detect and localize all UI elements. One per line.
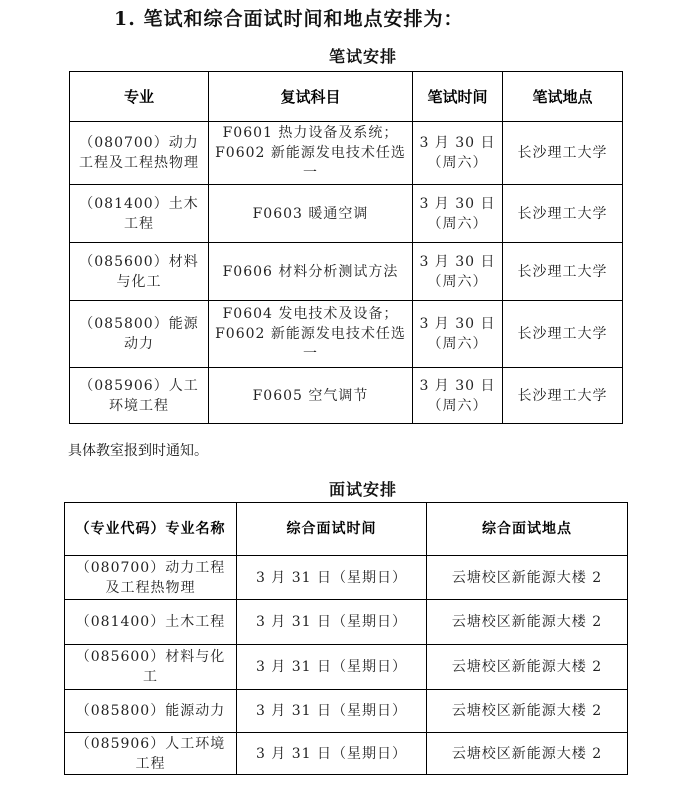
cell-place: 云塘校区新能源大楼 2 xyxy=(427,600,628,645)
header-place: 综合面试地点 xyxy=(427,503,628,556)
cell-major: （085906）人工环境工程 xyxy=(70,368,209,424)
cell-major: （081400）土木工程 xyxy=(70,185,209,243)
cell-time: 3 月 31 日（星期日） xyxy=(237,690,427,733)
header-major: 专业 xyxy=(70,72,209,122)
header-time: 综合面试时间 xyxy=(237,503,427,556)
cell-subject: F0604 发电技术及设备；F0602 新能源发电技术任选一 xyxy=(209,301,413,368)
table-row: （085800）能源动力 3 月 31 日（星期日） 云塘校区新能源大楼 2 xyxy=(65,690,628,733)
table-row: （085906）人工环境工程 F0605 空气调节 3 月 30 日（周六） 长… xyxy=(70,368,623,424)
cell-place: 长沙理工大学 xyxy=(503,243,623,301)
cell-major: （085600）材料与化工 xyxy=(70,243,209,301)
header-subject: 复试科目 xyxy=(209,72,413,122)
table-header-row: （专业代码）专业名称 综合面试时间 综合面试地点 xyxy=(65,503,628,556)
table-row: （081400）土木工程 F0603 暖通空调 3 月 30 日（周六） 长沙理… xyxy=(70,185,623,243)
header-place: 笔试地点 xyxy=(503,72,623,122)
table-row: （085600）材料与化工 F0606 材料分析测试方法 3 月 30 日（周六… xyxy=(70,243,623,301)
cell-time: 3 月 30 日（周六） xyxy=(413,185,503,243)
cell-place: 云塘校区新能源大楼 2 xyxy=(427,645,628,690)
cell-place: 长沙理工大学 xyxy=(503,301,623,368)
cell-major: （085906）人工环境工程 xyxy=(65,733,237,775)
cell-time: 3 月 30 日（周六） xyxy=(413,243,503,301)
cell-time: 3 月 30 日（周六） xyxy=(413,368,503,424)
interview-caption: 面试安排 xyxy=(329,477,397,500)
cell-subject: F0605 空气调节 xyxy=(209,368,413,424)
cell-time: 3 月 31 日（星期日） xyxy=(237,556,427,600)
header-major: （专业代码）专业名称 xyxy=(65,503,237,556)
cell-place: 云塘校区新能源大楼 2 xyxy=(427,690,628,733)
classroom-note: 具体教室报到时通知。 xyxy=(68,440,208,460)
header-time: 笔试时间 xyxy=(413,72,503,122)
cell-subject: F0603 暖通空调 xyxy=(209,185,413,243)
cell-major: （085800）能源动力 xyxy=(70,301,209,368)
written-exam-table: 专业 复试科目 笔试时间 笔试地点 （080700）动力工程及工程热物理 F06… xyxy=(69,71,623,424)
cell-subject: F0606 材料分析测试方法 xyxy=(209,243,413,301)
interview-table: （专业代码）专业名称 综合面试时间 综合面试地点 （080700）动力工程及工程… xyxy=(64,502,628,775)
cell-subject: F0601 热力设备及系统；F0602 新能源发电技术任选一 xyxy=(209,122,413,185)
table-row: （085800）能源动力 F0604 发电技术及设备；F0602 新能源发电技术… xyxy=(70,301,623,368)
cell-time: 3 月 30 日（周六） xyxy=(413,122,503,185)
cell-major: （081400）土木工程 xyxy=(65,600,237,645)
cell-major: （085600）材料与化工 xyxy=(65,645,237,690)
table-row: （085600）材料与化工 3 月 31 日（星期日） 云塘校区新能源大楼 2 xyxy=(65,645,628,690)
cell-time: 3 月 31 日（星期日） xyxy=(237,733,427,775)
cell-time: 3 月 31 日（星期日） xyxy=(237,645,427,690)
table-row: （080700）动力工程及工程热物理 F0601 热力设备及系统；F0602 新… xyxy=(70,122,623,185)
cell-place: 长沙理工大学 xyxy=(503,368,623,424)
table-row: （081400）土木工程 3 月 31 日（星期日） 云塘校区新能源大楼 2 xyxy=(65,600,628,645)
cell-time: 3 月 30 日（周六） xyxy=(413,301,503,368)
table-row: （085906）人工环境工程 3 月 31 日（星期日） 云塘校区新能源大楼 2 xyxy=(65,733,628,775)
cell-time: 3 月 31 日（星期日） xyxy=(237,600,427,645)
section-heading: 1. 笔试和综合面试时间和地点安排为： xyxy=(114,4,463,31)
written-exam-caption: 笔试安排 xyxy=(329,44,397,67)
table-header-row: 专业 复试科目 笔试时间 笔试地点 xyxy=(70,72,623,122)
cell-major: （080700）动力工程及工程热物理 xyxy=(70,122,209,185)
cell-place: 云塘校区新能源大楼 2 xyxy=(427,556,628,600)
cell-major: （080700）动力工程及工程热物理 xyxy=(65,556,237,600)
cell-place: 长沙理工大学 xyxy=(503,122,623,185)
cell-place: 长沙理工大学 xyxy=(503,185,623,243)
table-row: （080700）动力工程及工程热物理 3 月 31 日（星期日） 云塘校区新能源… xyxy=(65,556,628,600)
cell-major: （085800）能源动力 xyxy=(65,690,237,733)
cell-place: 云塘校区新能源大楼 2 xyxy=(427,733,628,775)
